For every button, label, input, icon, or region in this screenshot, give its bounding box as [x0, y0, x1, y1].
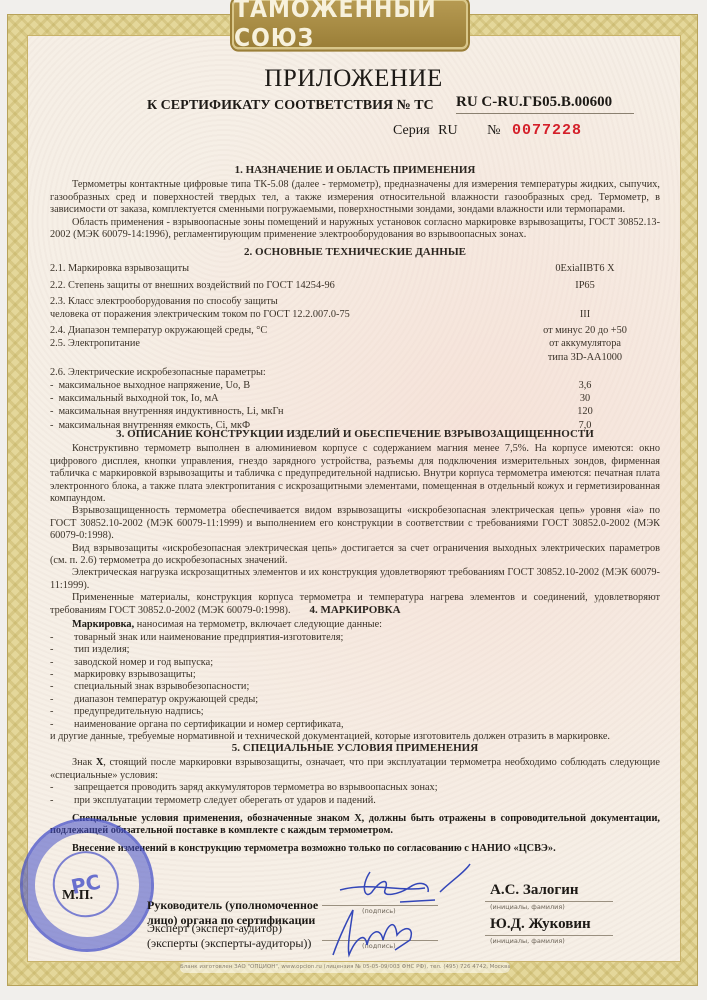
- name-caption: (инициалы, фамилия): [490, 937, 565, 945]
- series-line: Серия RU № 0077228: [393, 122, 582, 139]
- spec-row: 2.5. Электропитаниеот аккумулятора: [50, 337, 660, 350]
- section-3: 3. ОПИСАНИЕ КОНСТРУКЦИИ ИЗДЕЛИЙ И ОБЕСПЕ…: [50, 428, 660, 617]
- list-item: -запрещается проводить заряд аккумулятор…: [50, 782, 660, 794]
- spec-row: человека от поражения электрическим токо…: [50, 308, 660, 321]
- list-item: -предупредительную надпись;: [50, 706, 660, 718]
- section-3-heading: 3. ОПИСАНИЕ КОНСТРУКЦИИ ИЗДЕЛИЙ И ОБЕСПЕ…: [50, 428, 660, 440]
- section-4-intro: Маркировка, наносимая на термометр, вклю…: [50, 619, 660, 631]
- customs-union-plate: ТАМОЖЕННЫЙ СОЮЗ: [232, 0, 468, 49]
- section-5-heading: 5. СПЕЦИАЛЬНЫЕ УСЛОВИЯ ПРИМЕНЕНИЯ: [50, 742, 660, 754]
- list-item: -наименование органа по сертификации и н…: [50, 719, 660, 731]
- list-item: -товарный знак или наименование предприя…: [50, 632, 660, 644]
- section-3-paragraph: Конструктивно термометр выполнен в алюми…: [50, 443, 660, 505]
- seal-place-label: М.П.: [62, 888, 93, 904]
- spec-row: 2.4. Диапазон температур окружающей сред…: [50, 324, 660, 337]
- expert-name-line: [485, 935, 613, 936]
- section-4-heading: 4. МАРКИРОВКА: [50, 604, 660, 616]
- expert-name: Ю.Д. Жуковин: [490, 916, 591, 933]
- printer-note: Бланк изготовлен ЗАО "ОПЦИОН", www.opcio…: [180, 962, 510, 973]
- list-item: -заводской номер и год выпуска;: [50, 657, 660, 669]
- param-row: - максимальная внутренняя индуктивность,…: [50, 405, 660, 418]
- spec-row: 2.3. Класс электрооборудования по способ…: [50, 295, 660, 308]
- section-2-heading: 2. ОСНОВНЫЕ ТЕХНИЧЕСКИЕ ДАННЫЕ: [50, 246, 660, 258]
- section-2: 2. ОСНОВНЫЕ ТЕХНИЧЕСКИЕ ДАННЫЕ 2.1. Марк…: [50, 246, 660, 432]
- list-item: -тип изделия;: [50, 644, 660, 656]
- section-5-paragraph: Знак X, стоящий после маркировки взрывоз…: [50, 757, 660, 782]
- section-1: 1. НАЗНАЧЕНИЕ И ОБЛАСТЬ ПРИМЕНЕНИЯ Термо…: [50, 164, 660, 241]
- param-row: - максимальный выходной ток, Io, мА30: [50, 392, 660, 405]
- section-3-paragraph: Электрическая нагрузка искрозащитных эле…: [50, 567, 660, 592]
- head-name: А.С. Залогин: [490, 882, 578, 899]
- param-row: - максимальное выходное напряжение, Uo, …: [50, 379, 660, 392]
- section-1-paragraph-1: Термометры контактные цифровые типа ТК-5…: [50, 179, 660, 216]
- special-conditions-note: Специальные условия применения, обозначе…: [50, 813, 660, 838]
- section-1-heading: 1. НАЗНАЧЕНИЕ И ОБЛАСТЬ ПРИМЕНЕНИЯ: [50, 164, 660, 176]
- section-3-paragraph: Взрывозащищенность термометра обеспечива…: [50, 505, 660, 542]
- certificate-number: RU C-RU.ГБ05.В.00600: [456, 94, 634, 114]
- params-heading: 2.6. Электрические искробезопасные парам…: [50, 366, 660, 379]
- series-value: RU: [438, 123, 457, 138]
- spec-row: 2.1. Маркировка взрывозащиты0ExiaIIBT6 X: [50, 262, 660, 275]
- expert-signature-icon: [325, 905, 425, 960]
- page-title: ПРИЛОЖЕНИЕ: [0, 65, 707, 93]
- name-caption: (инициалы, фамилия): [490, 903, 565, 911]
- list-item: -специальный знак взрывобезопасности;: [50, 681, 660, 693]
- section-1-paragraph-2: Область применения - взрывоопасные зоны …: [50, 217, 660, 242]
- head-name-line: [485, 901, 613, 902]
- series-label: Серия: [393, 123, 430, 138]
- list-item: -при эксплуатации термометр следует обер…: [50, 795, 660, 807]
- section-4: 4. МАРКИРОВКА Маркировка, наносимая на т…: [50, 604, 660, 743]
- section-3-paragraph: Вид взрывозащиты «искробезопасная электр…: [50, 543, 660, 568]
- blank-number: 0077228: [512, 122, 582, 139]
- list-item: -диапазон температур окружающей среды;: [50, 694, 660, 706]
- spec-row: 2.2. Степень защиты от внешних воздейств…: [50, 279, 660, 292]
- number-label: №: [487, 123, 500, 138]
- section-5: 5. СПЕЦИАЛЬНЫЕ УСЛОВИЯ ПРИМЕНЕНИЯ Знак X…: [50, 742, 660, 855]
- list-item: -маркировку взрывозащиты;: [50, 669, 660, 681]
- spec-row: типа 3D-AA1000: [50, 351, 660, 364]
- expert-label: Эксперт (эксперт-аудитор) (эксперты (экс…: [147, 921, 311, 951]
- customs-union-title: ТАМОЖЕННЫЙ СОЮЗ: [234, 0, 466, 53]
- certificate-prefix: К СЕРТИФИКАТУ СООТВЕТСТВИЯ № ТС: [147, 98, 434, 114]
- rst-logo-icon: PC: [47, 845, 125, 923]
